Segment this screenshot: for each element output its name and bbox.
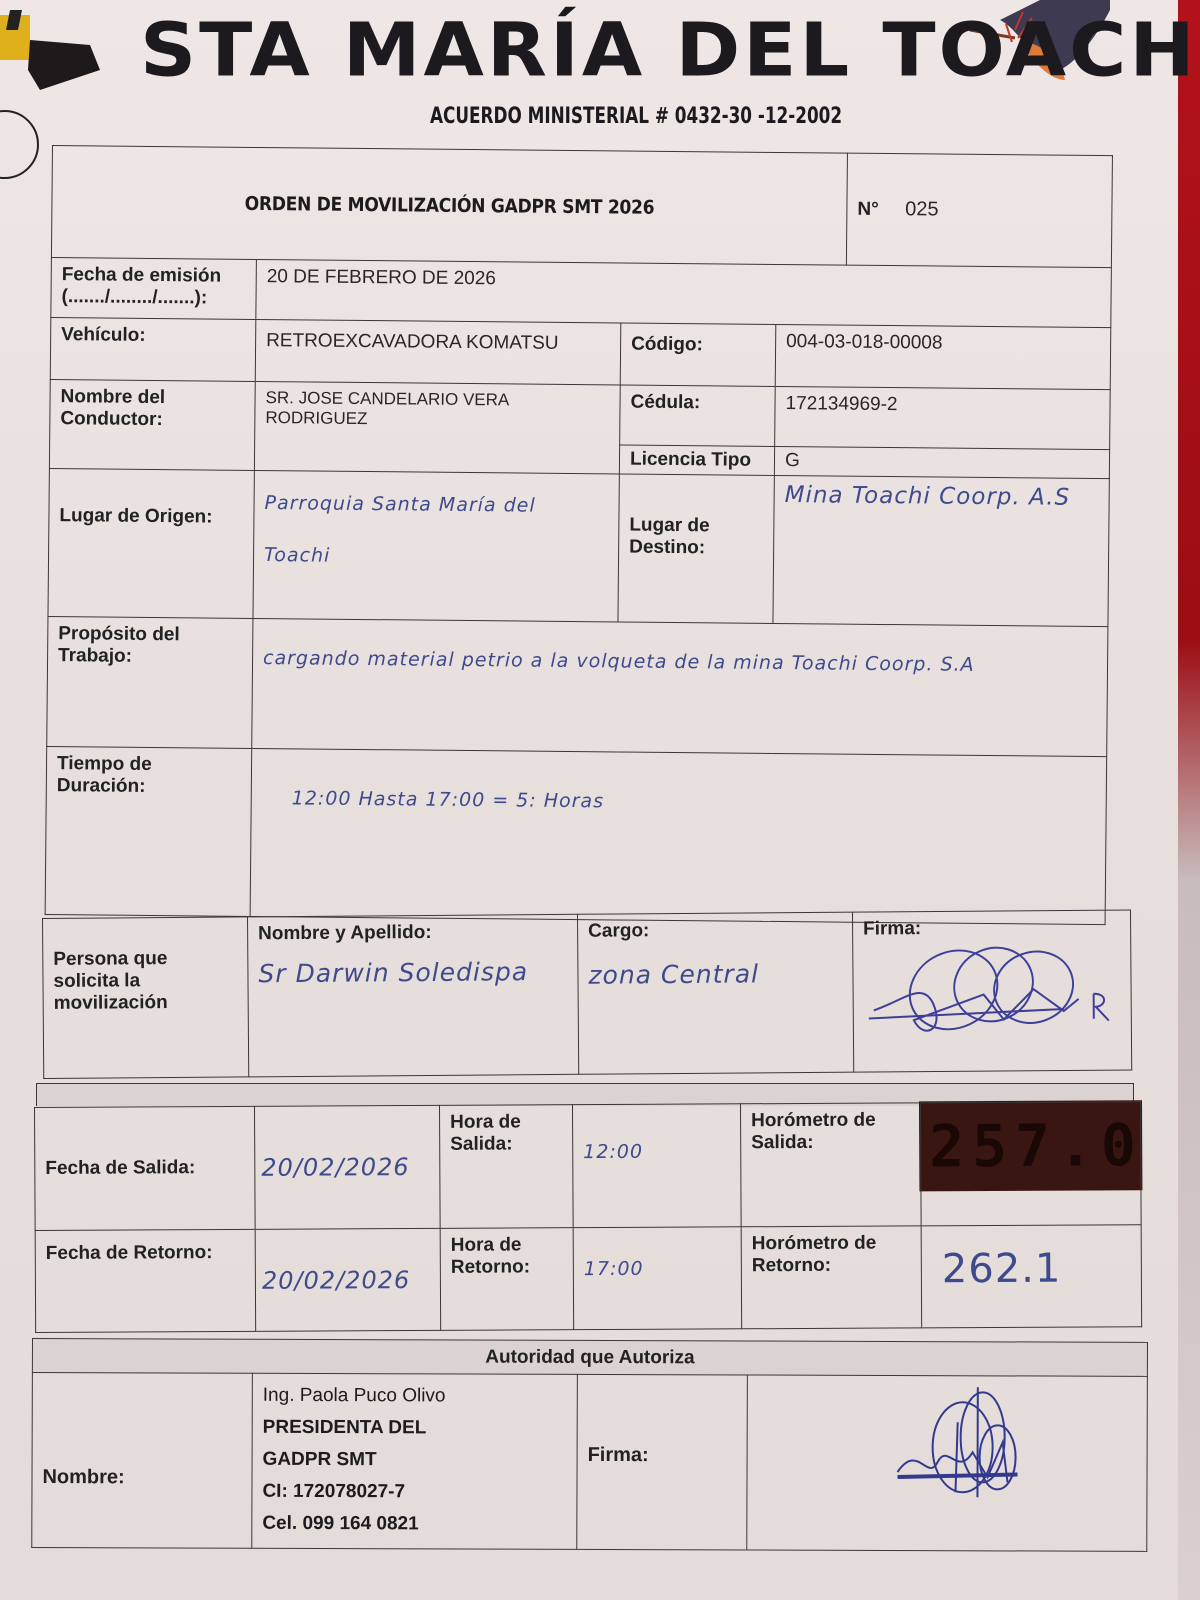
requester-role-field[interactable]: zona Central [588,959,842,990]
destination-field[interactable]: Mina Toachi Coorp. A.S [773,475,1109,626]
requester-name-label: Nombre y Apellido: [258,921,567,945]
id-field[interactable]: 172134969-2 [775,386,1111,449]
authority-section: Autoridad que Autoriza Nombre: Ing. Paol… [31,1338,1148,1552]
code-label: Código: [620,323,776,386]
departure-date-label: Fecha de Salida: [35,1106,256,1230]
trip-log-section: Fecha de Salida: 20/02/2026 Hora de Sali… [34,1101,1142,1333]
return-meter-label: Horómetro de Retorno: [741,1226,922,1329]
code-field[interactable]: 004-03-018-00008 [775,324,1111,389]
issue-date-field[interactable]: 20 DE FEBRERO DE 2026 [256,259,1112,327]
driver-field[interactable]: SR. JOSE CANDELARIO VERA RODRIGUEZ [254,381,620,473]
duration-label: Tiempo de Duración: [45,746,252,916]
authority-details: Ing. Paola Puco Olivo PRESIDENTA DEL GAD… [252,1373,578,1549]
requester-name-cell: Nombre y Apellido: Sr Darwin Soledispa [247,914,578,1077]
departure-date-field[interactable]: 20/02/2026 [254,1105,440,1229]
return-meter-field[interactable]: 262.1 [921,1225,1142,1328]
mobilization-order-form: ORDEN DE MOVILIZACIÓN GADPR SMT 2026 N° … [45,145,1113,925]
requester-signature-label: Firma: [863,917,1120,941]
backhoe-loader-icon [0,10,110,90]
authority-name-label: Nombre: [32,1373,253,1549]
authority-phone: Cel. 099 164 0821 [262,1513,418,1535]
order-number-cell: N° 025 [846,153,1112,268]
return-date-field[interactable]: 20/02/2026 [255,1228,441,1331]
institution-title: STA MARÍA DEL TOACHI [140,14,1200,88]
authority-signature-icon[interactable] [877,1382,1077,1513]
requester-role-cell: Cargo: zona Central [577,912,853,1074]
form-title: ORDEN DE MOVILIZACIÓN GADPR SMT 2026 [51,146,847,266]
departure-time-label: Hora de Salida: [439,1105,573,1229]
return-time-label: Hora de Retorno: [440,1228,574,1331]
origin-field[interactable]: Parroquia Santa María del Toachi [253,470,619,621]
authority-signature-label: Firma: [577,1374,748,1550]
requester-role-label: Cargo: [588,919,842,943]
vehicle-label: Vehículo: [50,317,256,381]
requester-name-field[interactable]: Sr Darwin Soledispa [258,957,567,988]
requester-section: Persona que solicita la movilización Nom… [42,909,1132,1079]
ministerial-decree: ACUERDO MINISTERIAL # 0432-30 -12-2002 [430,104,842,129]
background-red-edge [1178,0,1200,1600]
departure-meter-cell: 257.0 [920,1102,1141,1226]
authority-signature-cell [747,1375,1148,1551]
authority-header: Autoridad que Autoriza [32,1339,1147,1377]
issue-date-label: Fecha de emisión (......./......../.....… [51,257,257,319]
requester-signature-icon[interactable] [863,939,1114,1051]
departure-meter-label: Horómetro de Salida: [740,1103,921,1227]
requester-label: Persona que solicita la movilización [43,917,249,1079]
purpose-field[interactable]: cargando material petrio a la volqueta d… [252,618,1108,756]
origin-label: Lugar de Origen: [48,468,254,618]
hour-meter-display: 257.0 [919,1100,1142,1191]
destination-label: Lugar de Destino: [618,474,774,623]
authority-title-2: GADPR SMT [263,1449,377,1470]
return-time-field[interactable]: 17:00 [573,1227,742,1330]
duration-field[interactable]: 12:00 Hasta 17:00 = 5: Horas [250,748,1107,924]
purpose-label: Propósito del Trabajo: [47,616,253,748]
return-date-label: Fecha de Retorno: [35,1229,256,1332]
driver-label: Nombre del Conductor: [49,379,255,470]
license-field[interactable]: G [774,446,1109,478]
vehicle-field[interactable]: RETROEXCAVADORA KOMATSU [255,319,621,385]
departure-time-field[interactable]: 12:00 [572,1104,741,1228]
authority-title-1: PRESIDENTA DEL [263,1417,427,1439]
id-label: Cédula: [620,385,776,446]
requester-signature-cell: Firma: [852,910,1131,1072]
order-number-label: N° [857,199,879,220]
license-label: Licencia Tipo [619,445,774,475]
authority-name: Ing. Paola Puco Olivo [263,1380,567,1413]
authority-ci: CI: 172078027-7 [262,1481,405,1502]
order-number: 025 [905,198,939,220]
